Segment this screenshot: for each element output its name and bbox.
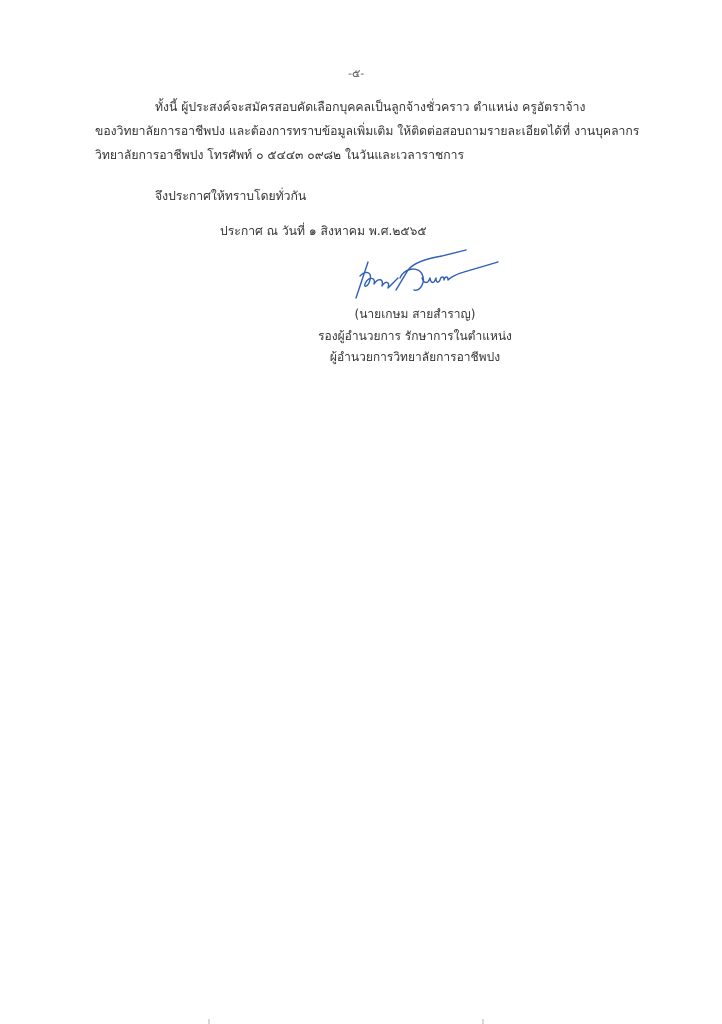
page-number: -๕-: [348, 66, 364, 82]
signatory-name: (นายเกษม สายสำราญ): [300, 306, 530, 322]
scan-mark: [482, 1019, 484, 1024]
signatory-position-1: รองผู้อำนวยการ รักษาการในตำแหน่ง: [300, 328, 530, 344]
paragraph-1-line-2: ของวิทยาลัยการอาชีพปง และต้องการทราบข้อม…: [95, 123, 639, 139]
signatory-position-2: ผู้อำนวยการวิทยาลัยการอาชีพปง: [300, 349, 530, 365]
signature-icon: [338, 248, 508, 302]
announcement-date: ประกาศ ณ วันที่ ๑ สิงหาคม พ.ศ.๒๕๖๕: [220, 223, 427, 239]
paragraph-1-line-1: ทั้งนี้ ผู้ประสงค์จะสมัครสอบคัดเลือกบุคค…: [155, 99, 585, 115]
paragraph-1-line-3: วิทยาลัยการอาชีพปง โทรศัพท์ ๐ ๕๔๔๓ ๐๙๘๒ …: [95, 147, 464, 163]
paragraph-2: จึงประกาศให้ทราบโดยทั่วกัน: [155, 188, 306, 204]
scan-mark: [208, 1019, 210, 1024]
